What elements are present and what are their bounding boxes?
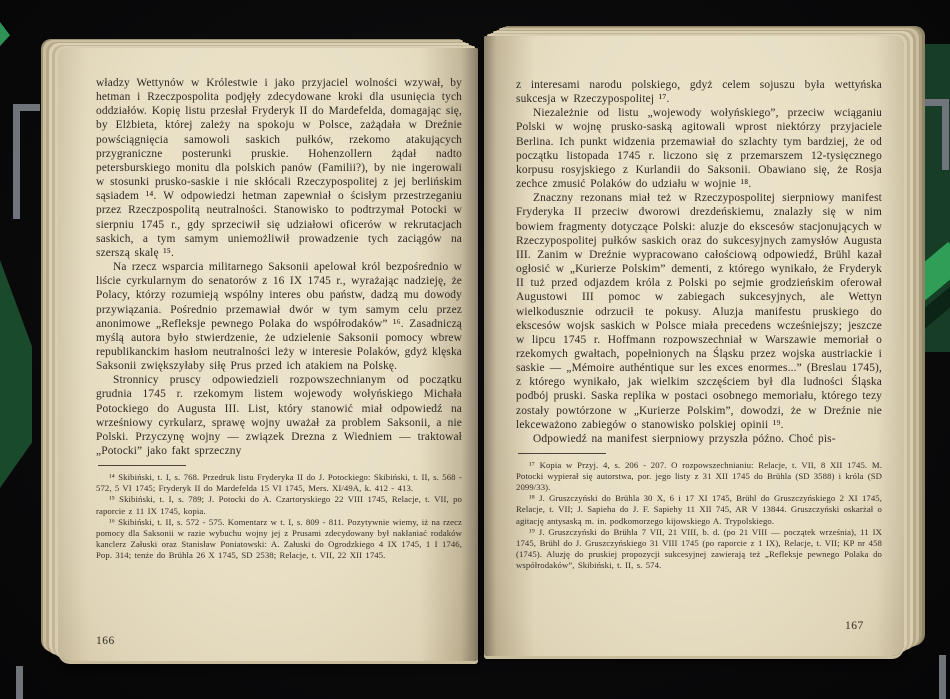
body-paragraph: Znaczny rezonans miał też w Rzeczypospol…: [516, 191, 882, 432]
frame-bracket-right: [919, 99, 949, 170]
left-page-text-column: władzy Wettynów w Królestwie i jako przy…: [96, 76, 462, 561]
footnote: ¹⁵ Skibiński, t. I, s. 789; J. Potocki d…: [96, 494, 462, 516]
body-paragraph: Niezależnie od listu „wojewody wołyńskie…: [516, 106, 882, 191]
page-number-left: 166: [96, 635, 115, 647]
body-paragraph: Na rzecz wsparcia militarnego Saksonii a…: [96, 260, 462, 373]
right-page-text-column: z interesami narodu polskiego, gdyż cele…: [516, 78, 882, 571]
frame-bracket-left: [13, 104, 40, 219]
frame-bracket-bottom-left: [16, 666, 35, 699]
body-paragraph: Odpowiedź na manifest sierpniowy przyszł…: [516, 432, 882, 446]
footnote: ¹⁶ Skibiński, t. II, s. 572 - 575. Komen…: [96, 517, 462, 561]
footnote-separator: [98, 465, 186, 466]
footnote: ¹⁹ J. Gruszczyński do Brühla 7 VII, 21 V…: [516, 527, 882, 571]
page-number-right: 167: [845, 620, 864, 632]
body-paragraph: Stronnicy pruscy odpowiedzieli rozpowsze…: [96, 373, 462, 458]
green-accent-left: [0, 260, 32, 488]
green-accent-top-left: [0, 22, 10, 46]
body-paragraph: z interesami narodu polskiego, gdyż cele…: [516, 78, 882, 106]
footnote: ¹⁸ J. Gruszczyński do Brühla 30 X, 6 i 1…: [516, 493, 882, 526]
body-paragraph: władzy Wettynów w Królestwie i jako przy…: [96, 76, 462, 260]
frame-bracket-bottom-right: [929, 655, 946, 699]
footnote: ¹⁴ Skibiński, t. I, s. 768. Przedruk lis…: [96, 472, 462, 494]
book-photo-background: władzy Wettynów w Królestwie i jako przy…: [0, 0, 950, 699]
footnote: ¹⁷ Kopia w Przyj. 4, s. 206 - 207. O roz…: [516, 460, 882, 493]
green-accent-right: [910, 44, 950, 352]
footnote-separator: [518, 453, 606, 454]
